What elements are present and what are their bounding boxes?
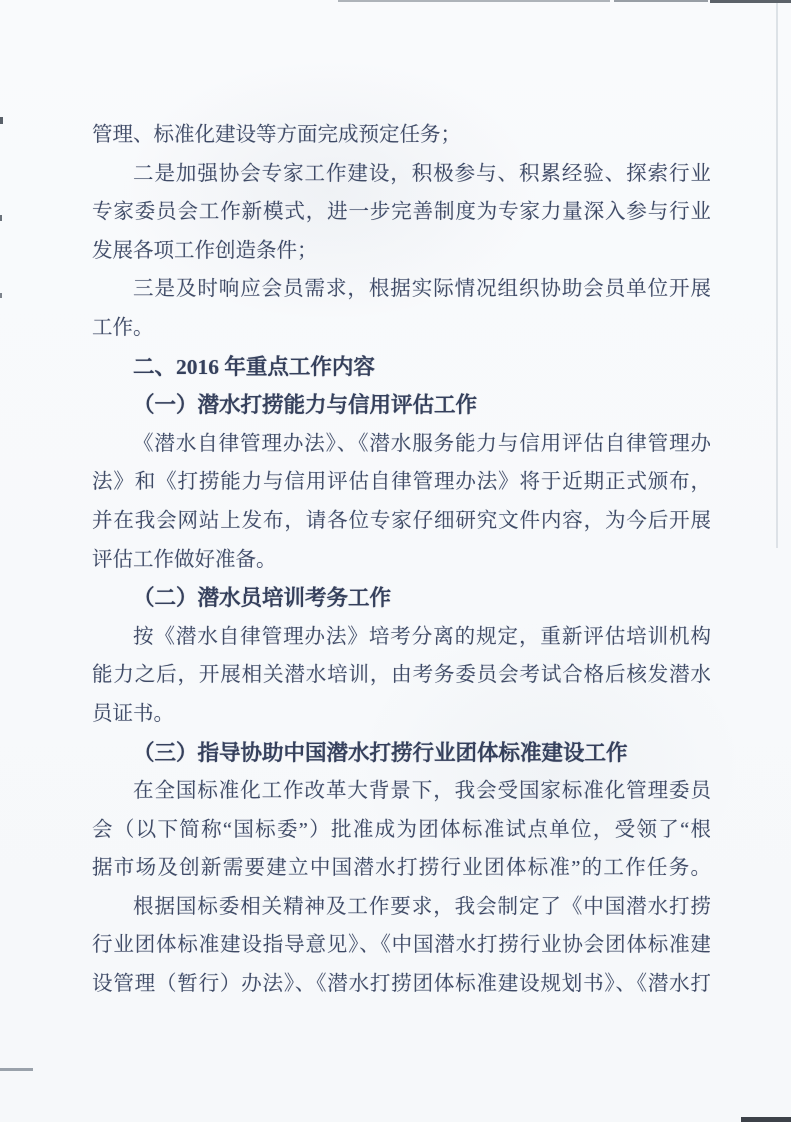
scan-artifact-top-edge-line xyxy=(338,0,610,2)
body-line: 能力之后，开展相关潜水培训，由考务委员会考试合格后核发潜水 xyxy=(92,656,710,695)
body-line: 在全国标准化工作改革大背景下，我会受国家标准化管理委员 xyxy=(92,772,710,811)
subsection-heading: （三）指导协助中国潜水打捞行业团体标准建设工作 xyxy=(92,734,710,773)
scan-artifact-left-edge xyxy=(0,117,3,124)
body-line: 设管理（暂行）办法》、《潜水打捞团体标准建设规划书》、《潜水打 xyxy=(92,965,710,1004)
subsection-heading: （一）潜水打捞能力与信用评估工作 xyxy=(92,386,710,425)
body-line: 据市场及创新需要建立中国潜水打捞行业团体标准”的工作任务。 xyxy=(92,849,710,888)
body-line: 发展各项工作创造条件； xyxy=(92,232,710,271)
scan-artifact-left-edge xyxy=(0,293,2,298)
body-line: 法》和《打捞能力与信用评估自律管理办法》将于近期正式颁布， xyxy=(92,463,710,502)
scan-artifact-page-edge xyxy=(776,3,778,548)
scan-artifact-top-edge-line xyxy=(614,0,708,2)
scan-artifact-bottom-right xyxy=(741,1117,791,1122)
body-line: 管理、标准化建设等方面完成预定任务； xyxy=(92,116,710,155)
body-line: 评估工作做好准备。 xyxy=(92,541,710,580)
scan-artifact-top-right-line xyxy=(710,0,791,3)
scanned-document-page: 管理、标准化建设等方面完成预定任务； 二是加强协会专家工作建设，积极参与、积累经… xyxy=(0,0,791,1122)
body-line: 二是加强协会专家工作建设，积极参与、积累经验、探索行业 xyxy=(92,155,710,194)
body-line: 会（以下简称“国标委”）批准成为团体标准试点单位，受领了“根 xyxy=(92,811,710,850)
body-line: 按《潜水自律管理办法》培考分离的规定，重新评估培训机构 xyxy=(92,618,710,657)
scan-artifact-bottom-left xyxy=(0,1068,33,1071)
body-line: 《潜水自律管理办法》、《潜水服务能力与信用评估自律管理办 xyxy=(92,425,710,464)
subsection-heading: （二）潜水员培训考务工作 xyxy=(92,579,710,618)
body-line: 工作。 xyxy=(92,309,710,348)
document-text-block: 管理、标准化建设等方面完成预定任务； 二是加强协会专家工作建设，积极参与、积累经… xyxy=(92,116,710,1004)
body-line: 员证书。 xyxy=(92,695,710,734)
body-line: 并在我会网站上发布，请各位专家仔细研究文件内容，为今后开展 xyxy=(92,502,710,541)
scan-artifact-left-edge xyxy=(0,215,2,221)
body-line: 专家委员会工作新模式，进一步完善制度为专家力量深入参与行业 xyxy=(92,193,710,232)
body-line: 根据国标委相关精神及工作要求，我会制定了《中国潜水打捞 xyxy=(92,888,710,927)
section-heading: 二、2016 年重点工作内容 xyxy=(92,348,710,387)
body-line: 三是及时响应会员需求，根据实际情况组织协助会员单位开展 xyxy=(92,270,710,309)
body-line: 行业团体标准建设指导意见》、《中国潜水打捞行业协会团体标准建 xyxy=(92,926,710,965)
